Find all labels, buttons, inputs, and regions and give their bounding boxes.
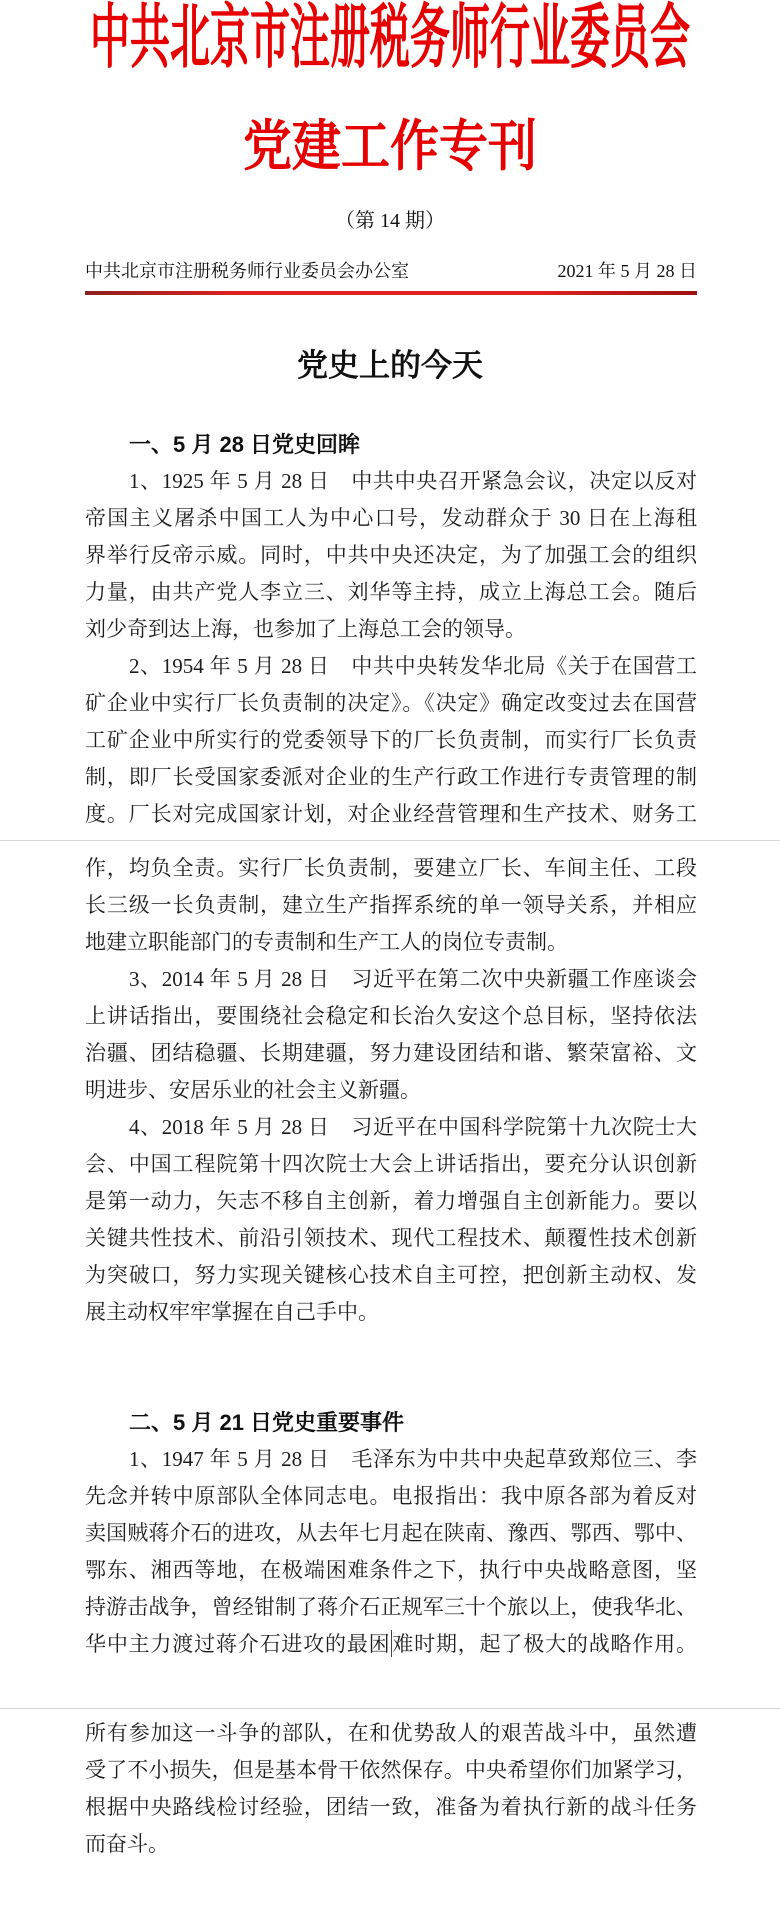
masthead-row: 中共北京市注册税务师行业委员会办公室 2021 年 5 月 28 日 xyxy=(0,259,780,283)
text-line: 地建立职能部门的专责制和生产工人的岗位专责制。 xyxy=(85,924,697,961)
text-line: 持游击战争，曾经钳制了蒋介石正规军三十个旅以上，使我华北、 xyxy=(85,1589,697,1626)
text-line: 华中主力渡过蒋介石进攻的最困难时期，起了极大的战略作用。 xyxy=(85,1626,697,1663)
text-line: 刘少奇到达上海，也参加了上海总工会的领导。 xyxy=(85,611,697,648)
section-1-paragraph-4: 4、2018 年 5 月 28 日 习近平在中国科学院第十九次院士大会、中国工程… xyxy=(0,1109,780,1331)
text-line: 界举行反帝示威。同时，中共中央还决定，为了加强工会的组织 xyxy=(85,537,697,574)
text-line: 度。厂长对完成国家计划，对企业经营管理和生产技术、财务工 xyxy=(85,796,697,833)
text-line: 1、1947 年 5 月 28 日 毛泽东为中共中央起草致郑位三、李 xyxy=(85,1441,697,1478)
bulletin-title: 党建工作专刊 xyxy=(0,113,780,180)
text-line: 力量，由共产党人李立三、刘华等主持，成立上海总工会。随后 xyxy=(85,574,697,611)
text-line: 受了不小损失，但是基本骨干依然保存。中央希望你们加紧学习， xyxy=(85,1752,697,1789)
text-line: 关键共性技术、前沿引领技术、现代工程技术、颠覆性技术创新 xyxy=(85,1220,697,1257)
text-line: 治疆、团结稳疆、长期建疆，努力建设团结和谐、繁荣富裕、文 xyxy=(85,1035,697,1072)
page-break-line-2 xyxy=(0,1708,780,1709)
text-line: 而奋斗。 xyxy=(85,1826,697,1863)
text-line: 先念并转中原部队全体同志电。电报指出：我中原各部为着反对 xyxy=(85,1478,697,1515)
text-line: 明进步、安居乐业的社会主义新疆。 xyxy=(85,1072,697,1109)
text-line: 矿企业中实行厂长负责制的决定》。《决定》确定改变过去在国营 xyxy=(85,685,697,722)
section-1-paragraph-3: 3、2014 年 5 月 28 日 习近平在第二次中央新疆工作座谈会上讲话指出，… xyxy=(0,961,780,1109)
red-divider-rule xyxy=(85,291,697,295)
section-2-paragraph-1-part-a: 1、1947 年 5 月 28 日 毛泽东为中共中央起草致郑位三、李先念并转中原… xyxy=(0,1441,780,1663)
section-1-paragraph-2-part-b: 作，均负全责。实行厂长负责制，要建立厂长、车间主任、工段长三级一长负责制，建立生… xyxy=(0,850,780,961)
text-line: 会、中国工程院第十四次院士大会上讲话指出，要充分认识创新 xyxy=(85,1146,697,1183)
text-line: 是第一动力，矢志不移自主创新，着力增强自主创新能力。要以 xyxy=(85,1183,697,1220)
text-line: 3、2014 年 5 月 28 日 习近平在第二次中央新疆工作座谈会 xyxy=(85,961,697,998)
text-line: 工矿企业中所实行的党委领导下的厂长负责制，而实行厂长负责 xyxy=(85,722,697,759)
page-break-line-1 xyxy=(0,840,780,841)
section-2-heading: 二、5 月 21 日党史重要事件 xyxy=(0,1404,780,1441)
text-line: 2、1954 年 5 月 28 日 中共中央转发华北局《关于在国营工 xyxy=(85,648,697,685)
text-line: 4、2018 年 5 月 28 日 习近平在中国科学院第十九次院士大 xyxy=(85,1109,697,1146)
bulletin-page: 中共北京市注册税务师行业委员会 党建工作专刊 （第 14 期） 中共北京市注册税… xyxy=(0,0,780,1931)
issue-number: （第 14 期） xyxy=(0,208,780,234)
text-line: 所有参加这一斗争的部队，在和优势敌人的艰苦战斗中，虽然遭 xyxy=(85,1715,697,1752)
text-line: 1、1925 年 5 月 28 日 中共中央召开紧急会议，决定以反对 xyxy=(85,463,697,500)
issuing-office: 中共北京市注册税务师行业委员会办公室 xyxy=(85,259,409,283)
text-line: 鄂东、湘西等地，在极端困难条件之下，执行中央战略意图，坚 xyxy=(85,1552,697,1589)
section-1-paragraph-1: 1、1925 年 5 月 28 日 中共中央召开紧急会议，决定以反对帝国主义屠杀… xyxy=(0,463,780,648)
text-line: 制，即厂长受国家委派对企业的生产行政工作进行专责管理的制 xyxy=(85,759,697,796)
article-title: 党史上的今天 xyxy=(0,346,780,386)
section-2-paragraph-1-part-b: 所有参加这一斗争的部队，在和优势敌人的艰苦战斗中，虽然遭受了不小损失，但是基本骨… xyxy=(0,1715,780,1863)
issue-date: 2021 年 5 月 28 日 xyxy=(558,259,698,283)
section-1-paragraph-2-part-a: 2、1954 年 5 月 28 日 中共中央转发华北局《关于在国营工矿企业中实行… xyxy=(0,648,780,833)
text-line: 展主动权牢牢掌握在自己手中。 xyxy=(85,1294,697,1331)
text-line: 卖国贼蒋介石的进攻，从去年七月起在陕南、豫西、鄂西、鄂中、 xyxy=(85,1515,697,1552)
text-line: 作，均负全责。实行厂长负责制，要建立厂长、车间主任、工段 xyxy=(85,850,697,887)
org-title: 中共北京市注册税务师行业委员会 xyxy=(0,0,780,105)
text-line: 长三级一长负责制，建立生产指挥系统的单一领导关系，并相应 xyxy=(85,887,697,924)
text-line: 为突破口，努力实现关键核心技术自主可控，把创新主动权、发 xyxy=(85,1257,697,1294)
text-line: 上讲话指出，要围绕社会稳定和长治久安这个总目标，坚持依法 xyxy=(85,998,697,1035)
text-line: 帝国主义屠杀中国工人为中心口号，发动群众于 30 日在上海租 xyxy=(85,500,697,537)
text-line: 根据中央路线检讨经验，团结一致，准备为着执行新的战斗任务 xyxy=(85,1789,697,1826)
section-1-heading: 一、5 月 28 日党史回眸 xyxy=(0,426,780,463)
